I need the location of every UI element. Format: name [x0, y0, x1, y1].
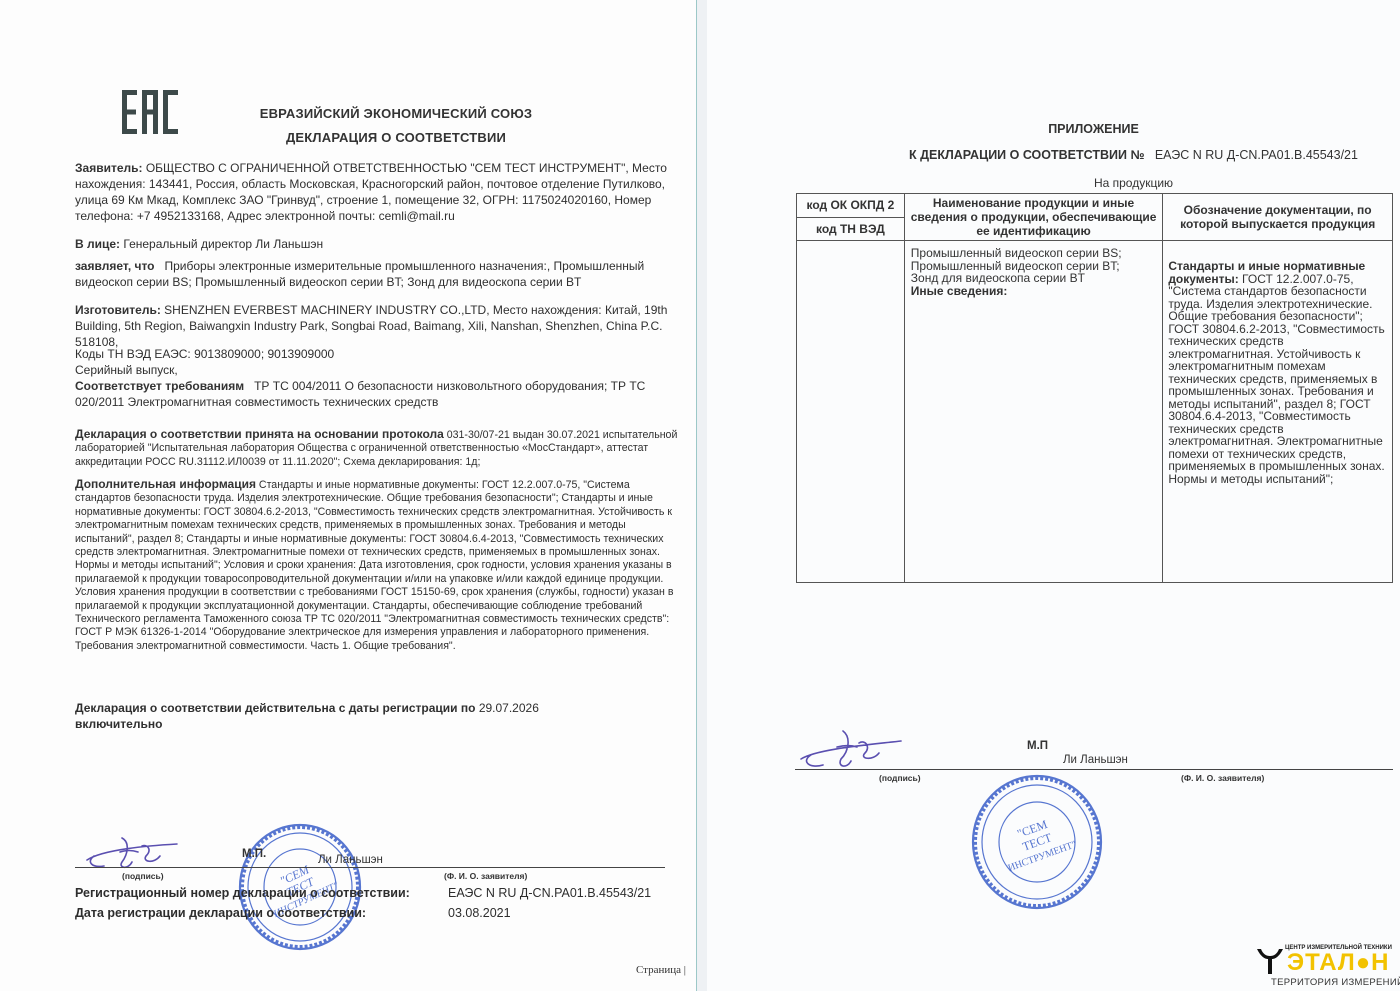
- complies-label: Соответствует требованиям: [75, 379, 244, 393]
- manufacturer-section: Изготовитель: SHENZHEN EVERBEST MACHINER…: [75, 302, 680, 350]
- declares-section: заявляет, что Приборы электронные измери…: [75, 258, 680, 290]
- other-info-label: Иные сведения:: [911, 284, 1008, 298]
- page-gutter: [697, 0, 707, 991]
- signature-caption: (подпись): [122, 871, 164, 881]
- representative-label: В лице:: [75, 237, 120, 251]
- registration-number-value: ЕАЭС N RU Д-CN.PA01.B.45543/21: [448, 886, 651, 900]
- serial-production: Серийный выпуск,: [75, 362, 680, 378]
- tuning-fork-logo-icon: [1255, 947, 1285, 975]
- protocol-section: Декларация о соответствии принята на осн…: [75, 428, 680, 469]
- company-stamp-icon: "СЕМ ТЕСТ ИНСТРУМЕНТ": [967, 772, 1107, 912]
- name-caption: (Ф. И. О. заявителя): [1181, 773, 1264, 783]
- page-footer: Страница |: [636, 964, 686, 976]
- registration-number-label: Регистрационный номер декларации о соотв…: [75, 886, 410, 900]
- declares-label: заявляет, что: [75, 259, 155, 273]
- registration-date-label: Дата регистрации декларации о соответств…: [75, 906, 366, 920]
- header-tn-ved: код ТН ВЭД: [797, 217, 905, 241]
- declaration-title: ДЕКЛАРАЦИЯ О СООТВЕТСТВИИ: [0, 130, 697, 145]
- complies-section: Соответствует требованиям ТР ТС 004/2011…: [75, 378, 680, 410]
- validity-section: Декларация о соответствии действительна …: [75, 700, 680, 732]
- additional-info-section: Дополнительная информация Стандарты и ин…: [75, 478, 680, 653]
- signature-icon: [797, 725, 907, 775]
- applicant-section: Заявитель: ОБЩЕСТВО С ОГРАНИЧЕННОЙ ОТВЕТ…: [75, 160, 680, 224]
- etalon-logo: ЦЕНТР ИЗМЕРИТЕЛЬНОЙ ТЕХНИКИ ЭТАЛ●Н ТЕРРИ…: [1255, 945, 1400, 991]
- seal-place-label: М.П: [1027, 740, 1048, 752]
- representative-section: В лице: Генеральный директор Ли Ланьшэн: [75, 236, 680, 252]
- annex-page: ПРИЛОЖЕНИЕ К ДЕКЛАРАЦИИ О СООТВЕТСТВИИ №…: [707, 0, 1400, 991]
- signer-name: Ли Ланьшэн: [1063, 754, 1128, 766]
- name-caption: (Ф. И. О. заявителя): [444, 871, 527, 881]
- declaration-page: ЕВРАЗИЙСКИЙ ЭКОНОМИЧЕСКИЙ СОЮЗ ДЕКЛАРАЦИ…: [0, 0, 697, 991]
- declares-text: Приборы электронные измерительные промыш…: [75, 259, 648, 289]
- header-product-name: Наименование продукции и иные сведения о…: [904, 194, 1163, 241]
- table-row: Промышленный видеоскоп серии BS; Промышл…: [797, 241, 1393, 583]
- annex-title: ПРИЛОЖЕНИЕ: [707, 122, 1400, 136]
- etalon-name: ЭТАЛ●Н: [1287, 949, 1390, 977]
- for-products-label: На продукцию: [707, 176, 1400, 190]
- cell-documentation: Стандарты и иные нормативные документы: …: [1163, 241, 1393, 583]
- signature-line: [795, 769, 1393, 770]
- docs-text: ГОСТ 12.2.007.0-75, "Система стандартов …: [1168, 272, 1384, 486]
- annex-subtitle-label: К ДЕКЛАРАЦИИ О СООТВЕТСТВИИ №: [909, 148, 1144, 162]
- additional-info-text: Стандарты и иные нормативные документы: …: [75, 479, 673, 652]
- seal-place-label: М.П.: [242, 848, 266, 860]
- validity-label: Декларация о соответствии действительна …: [75, 701, 475, 715]
- tn-ved-codes: Коды ТН ВЭД ЕАЭС: 9013809000; 9013909000: [75, 346, 680, 362]
- header-documentation: Обозначение документации, по которой вып…: [1163, 194, 1393, 241]
- applicant-label: Заявитель:: [75, 161, 143, 175]
- cell-products: Промышленный видеоскоп серии BS; Промышл…: [904, 241, 1163, 583]
- header-okpd: код ОК ОКПД 2: [797, 194, 905, 218]
- signature-caption: (подпись): [879, 773, 921, 783]
- validity-date: 29.07.2026: [475, 701, 538, 715]
- annex-table: код ОК ОКПД 2 Наименование продукции и и…: [796, 193, 1393, 583]
- validity-suffix: включительно: [75, 717, 162, 731]
- product-item: Промышленный видеоскоп серии BS;: [911, 247, 1157, 260]
- manufacturer-text: SHENZHEN EVERBEST MACHINERY INDUSTRY CO.…: [75, 303, 667, 349]
- signer-name: Ли Ланьшэн: [318, 854, 383, 866]
- applicant-text: ОБЩЕСТВО С ОГРАНИЧЕННОЙ ОТВЕТСТВЕННОСТЬЮ…: [75, 161, 667, 223]
- union-title: ЕВРАЗИЙСКИЙ ЭКОНОМИЧЕСКИЙ СОЮЗ: [0, 106, 697, 121]
- manufacturer-label: Изготовитель:: [75, 303, 161, 317]
- annex-declaration-number: ЕАЭС N RU Д-CN.PA01.B.45543/21: [1155, 148, 1358, 162]
- representative-text: Генеральный директор Ли Ланьшэн: [120, 237, 323, 251]
- cell-code: [797, 241, 905, 583]
- additional-info-label: Дополнительная информация: [75, 477, 256, 491]
- protocol-label: Декларация о соответствии принята на осн…: [75, 427, 444, 441]
- etalon-tagline: ТЕРРИТОРИЯ ИЗМЕРЕНИЙ: [1271, 977, 1400, 988]
- signature-line: [75, 867, 665, 868]
- registration-date-value: 03.08.2021: [448, 906, 511, 920]
- annex-subtitle: К ДЕКЛАРАЦИИ О СООТВЕТСТВИИ № ЕАЭС N RU …: [707, 148, 1400, 162]
